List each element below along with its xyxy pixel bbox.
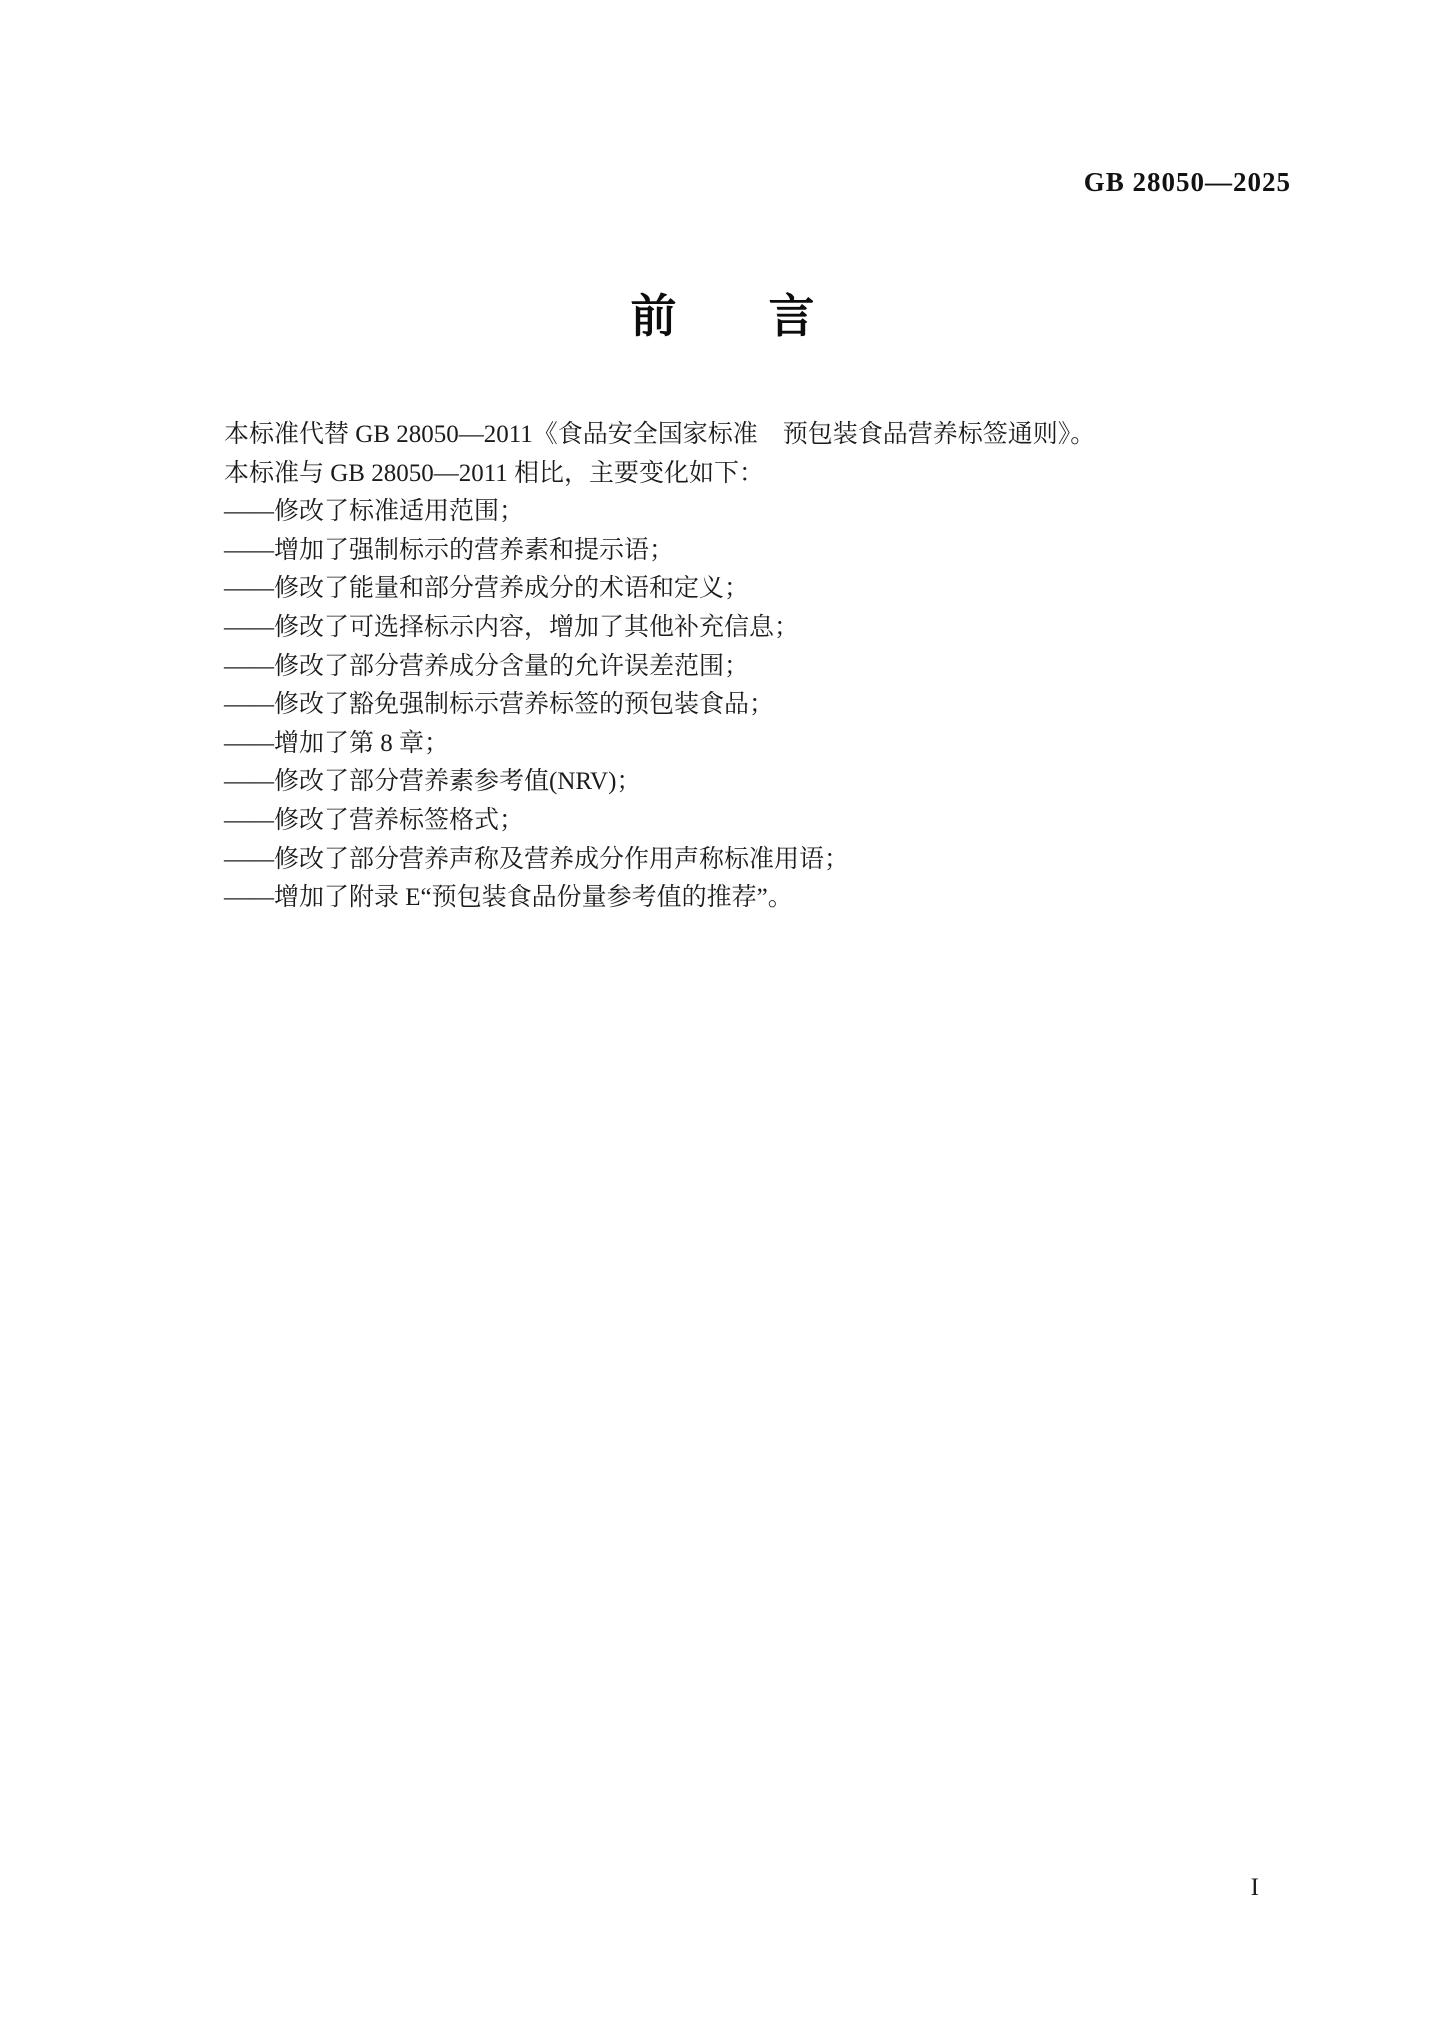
foreword-title: 前 言 — [0, 288, 1445, 344]
change-item: ——增加了强制标示的营养素和提示语； — [224, 532, 1365, 571]
change-item: ——修改了标准适用范围； — [224, 493, 1365, 532]
standard-code: GB 28050—2025 — [1084, 167, 1291, 198]
change-item: ——修改了营养标签格式； — [224, 802, 1365, 841]
intro-line: 本标准与 GB 28050—2011 相比，主要变化如下： — [224, 455, 1365, 494]
document-page: GB 28050—2025 前 言 本标准代替 GB 28050—2011《食品… — [0, 0, 1445, 2043]
change-item: ——修改了部分营养成分含量的允许误差范围； — [224, 648, 1365, 687]
foreword-body: 本标准代替 GB 28050—2011《食品安全国家标准 预包装食品营养标签通则… — [224, 416, 1365, 918]
change-item: ——修改了豁免强制标示营养标签的预包装食品； — [224, 686, 1365, 725]
change-item: ——修改了部分营养声称及营养成分作用声称标准用语； — [224, 841, 1365, 880]
change-item: ——增加了附录 E“预包装食品份量参考值的推荐”。 — [224, 879, 1365, 918]
page-number: I — [1251, 1874, 1259, 1902]
change-item: ——增加了第 8 章； — [224, 725, 1365, 764]
change-item: ——修改了可选择标示内容，增加了其他补充信息； — [224, 609, 1365, 648]
intro-line: 本标准代替 GB 28050—2011《食品安全国家标准 预包装食品营养标签通则… — [224, 416, 1365, 455]
change-item: ——修改了能量和部分营养成分的术语和定义； — [224, 570, 1365, 609]
change-item: ——修改了部分营养素参考值(NRV)； — [224, 763, 1365, 802]
